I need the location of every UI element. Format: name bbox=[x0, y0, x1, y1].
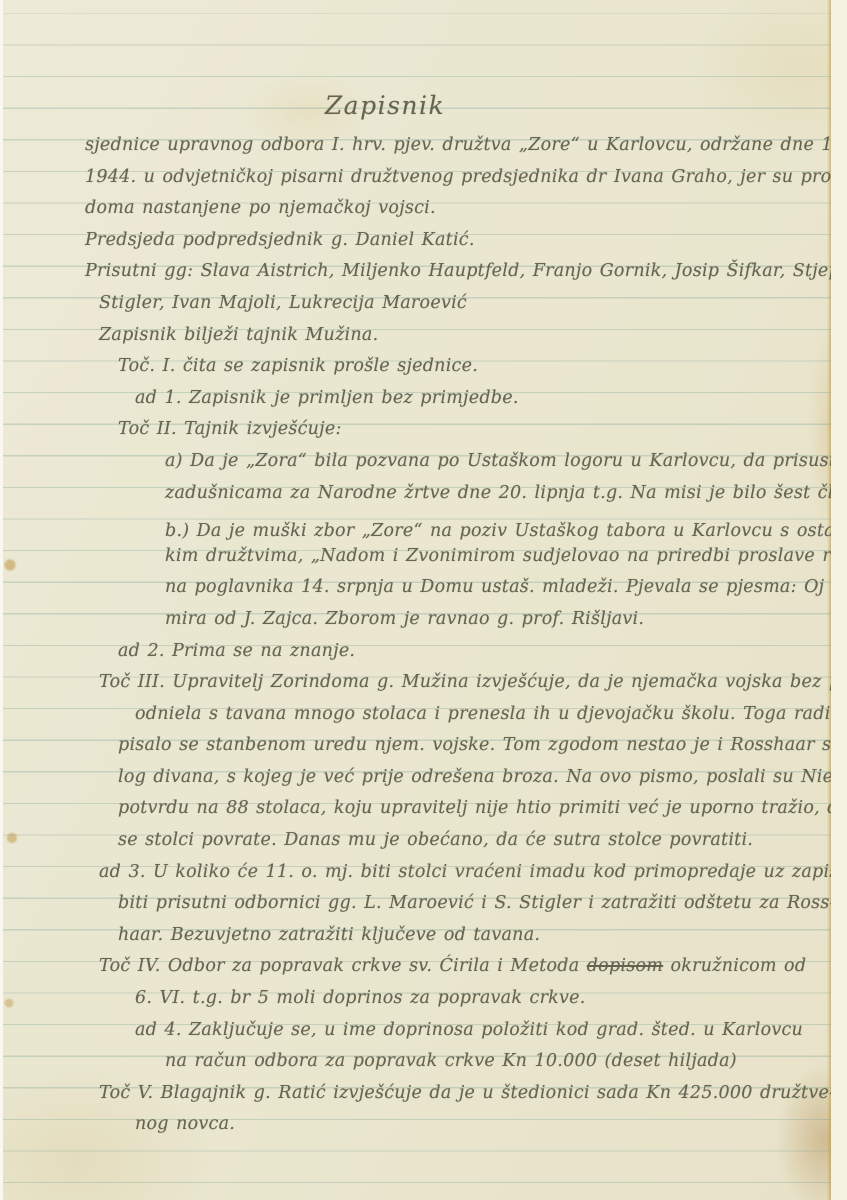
handwritten-line: log divana, s kojeg je već prije odrešen… bbox=[85, 762, 825, 794]
line-text: doma nastanjene po njemačkoj vojsci. bbox=[85, 198, 436, 218]
line-text: ad 1. Zapisnik je primljen bez primjedbe… bbox=[135, 388, 519, 408]
line-text: Toč IV. Odbor za popravak crkve sv. Ćiri… bbox=[99, 956, 587, 976]
handwritten-line: potvrdu na 88 stolaca, koju upravitelj n… bbox=[85, 793, 825, 825]
line-text: haar. Bezuvjetno zatražiti ključeve od t… bbox=[118, 925, 540, 945]
paper-sheet: Zapisnik sjednice upravnog odbora I. hrv… bbox=[3, 0, 831, 1200]
handwriting-layer: Zapisnik sjednice upravnog odbora I. hrv… bbox=[85, 86, 825, 1141]
line-text: se stolci povrate. Danas mu je obećano, … bbox=[118, 830, 753, 850]
line-text: Toč III. Upravitelj Zorindoma g. Mužina … bbox=[99, 672, 831, 692]
line-text: mira od J. Zajca. Zborom je ravnao g. pr… bbox=[165, 609, 644, 629]
line-text: b.) Da je muški zbor „Zore“ na poziv Ust… bbox=[165, 521, 831, 541]
line-text: Toč II. Tajnik izvješćuje: bbox=[118, 419, 342, 439]
handwritten-line: na račun odbora za popravak crkve Kn 10.… bbox=[85, 1046, 825, 1078]
handwritten-line: Toč IV. Odbor za popravak crkve sv. Ćiri… bbox=[85, 951, 825, 983]
line-text: ad 3. U koliko će 11. o. mj. biti stolci… bbox=[99, 862, 831, 882]
line-text: ad 4. Zaključuje se, u ime doprinosa pol… bbox=[135, 1020, 803, 1040]
handwritten-line: sjednice upravnog odbora I. hrv. pjev. d… bbox=[85, 130, 825, 162]
handwritten-line: zadušnicama za Narodne žrtve dne 20. lip… bbox=[85, 478, 825, 510]
handwritten-line: Zapisnik bilježi tajnik Mužina. bbox=[85, 320, 825, 352]
handwritten-line: doma nastanjene po njemačkoj vojsci. bbox=[85, 193, 825, 225]
handwritten-line: ad 3. U koliko će 11. o. mj. biti stolci… bbox=[85, 857, 825, 889]
line-text: Predsjeda podpredsjednik g. Daniel Katić… bbox=[85, 230, 475, 250]
line-text: potvrdu na 88 stolaca, koju upravitelj n… bbox=[118, 798, 831, 818]
line-text: Toč. I. čita se zapisnik prošle sjednice… bbox=[118, 356, 478, 376]
line-text: nog novca. bbox=[135, 1114, 235, 1134]
page-lines: sjednice upravnog odbora I. hrv. pjev. d… bbox=[85, 130, 825, 1141]
handwritten-line: Toč II. Tajnik izvješćuje: bbox=[85, 414, 825, 446]
line-text: log divana, s kojeg je već prije odrešen… bbox=[118, 767, 831, 787]
handwritten-line: ad 2. Prima se na znanje. bbox=[85, 636, 825, 668]
handwritten-line: Toč V. Blagajnik g. Ratić izvješćuje da … bbox=[85, 1078, 825, 1110]
line-text: na račun odbora za popravak crkve Kn 10.… bbox=[165, 1051, 737, 1071]
handwritten-line: biti prisutni odbornici gg. L. Maroević … bbox=[85, 888, 825, 920]
line-text: biti prisutni odbornici gg. L. Maroević … bbox=[118, 893, 831, 913]
struck-word: dopisom bbox=[587, 956, 663, 976]
line-text: Toč V. Blagajnik g. Ratić izvješćuje da … bbox=[99, 1083, 831, 1103]
handwritten-line: a) Da je „Zora“ bila pozvana po Ustaškom… bbox=[85, 446, 825, 478]
handwritten-line: mira od J. Zajca. Zborom je ravnao g. pr… bbox=[85, 604, 825, 636]
handwritten-line: Stigler, Ivan Majoli, Lukrecija Maroević bbox=[85, 288, 825, 320]
handwritten-line: Toč III. Upravitelj Zorindoma g. Mužina … bbox=[85, 667, 825, 699]
line-text: a) Da je „Zora“ bila pozvana po Ustaškom… bbox=[165, 451, 831, 471]
handwritten-line: 1944. u odvjetničkoj pisarni družtvenog … bbox=[85, 162, 825, 194]
handwritten-line: na poglavnika 14. srpnja u Domu ustaš. m… bbox=[85, 572, 825, 604]
handwritten-line: kim družtvima, „Nadom i Zvonimirom sudje… bbox=[85, 541, 825, 573]
document-title: Zapisnik bbox=[85, 86, 685, 130]
line-text: 1944. u odvjetničkoj pisarni družtvenog … bbox=[85, 167, 831, 187]
scanned-document: { "document": { "title": "Zapisnik", "li… bbox=[0, 0, 847, 1200]
line-text: okružnicom od bbox=[663, 956, 806, 976]
line-text: odniela s tavana mnogo stolaca i prenesl… bbox=[135, 704, 831, 724]
line-text: sjednice upravnog odbora I. hrv. pjev. d… bbox=[85, 135, 831, 155]
handwritten-line: Predsjeda podpredsjednik g. Daniel Katić… bbox=[85, 225, 825, 257]
line-text: zadušnicama za Narodne žrtve dne 20. lip… bbox=[165, 483, 831, 503]
line-text: na poglavnika 14. srpnja u Domu ustaš. m… bbox=[165, 577, 831, 597]
line-text: Stigler, Ivan Majoli, Lukrecija Maroević bbox=[99, 293, 467, 313]
handwritten-line: b.) Da je muški zbor „Zore“ na poziv Ust… bbox=[85, 509, 825, 541]
handwritten-line: pisalo se stanbenom uredu njem. vojske. … bbox=[85, 730, 825, 762]
handwritten-line: nog novca. bbox=[85, 1109, 825, 1141]
line-text: kim družtvima, „Nadom i Zvonimirom sudje… bbox=[165, 546, 831, 566]
line-text: pisalo se stanbenom uredu njem. vojske. … bbox=[118, 735, 831, 755]
handwritten-line: Prisutni gg: Slava Aistrich, Miljenko Ha… bbox=[85, 256, 825, 288]
line-text: Zapisnik bilježi tajnik Mužina. bbox=[99, 325, 378, 345]
handwritten-line: Toč. I. čita se zapisnik prošle sjednice… bbox=[85, 351, 825, 383]
handwritten-line: ad 4. Zaključuje se, u ime doprinosa pol… bbox=[85, 1015, 825, 1047]
scanner-bed-edge bbox=[0, 0, 3, 1200]
handwritten-line: haar. Bezuvjetno zatražiti ključeve od t… bbox=[85, 920, 825, 952]
handwritten-line: se stolci povrate. Danas mu je obećano, … bbox=[85, 825, 825, 857]
handwritten-line: odniela s tavana mnogo stolaca i prenesl… bbox=[85, 699, 825, 731]
line-text: 6. VI. t.g. br 5 moli doprinos za poprav… bbox=[135, 988, 586, 1008]
handwritten-line: 6. VI. t.g. br 5 moli doprinos za poprav… bbox=[85, 983, 825, 1015]
handwritten-line: ad 1. Zapisnik je primljen bez primjedbe… bbox=[85, 383, 825, 415]
line-text: Prisutni gg: Slava Aistrich, Miljenko Ha… bbox=[85, 261, 831, 281]
line-text: ad 2. Prima se na znanje. bbox=[118, 641, 355, 661]
